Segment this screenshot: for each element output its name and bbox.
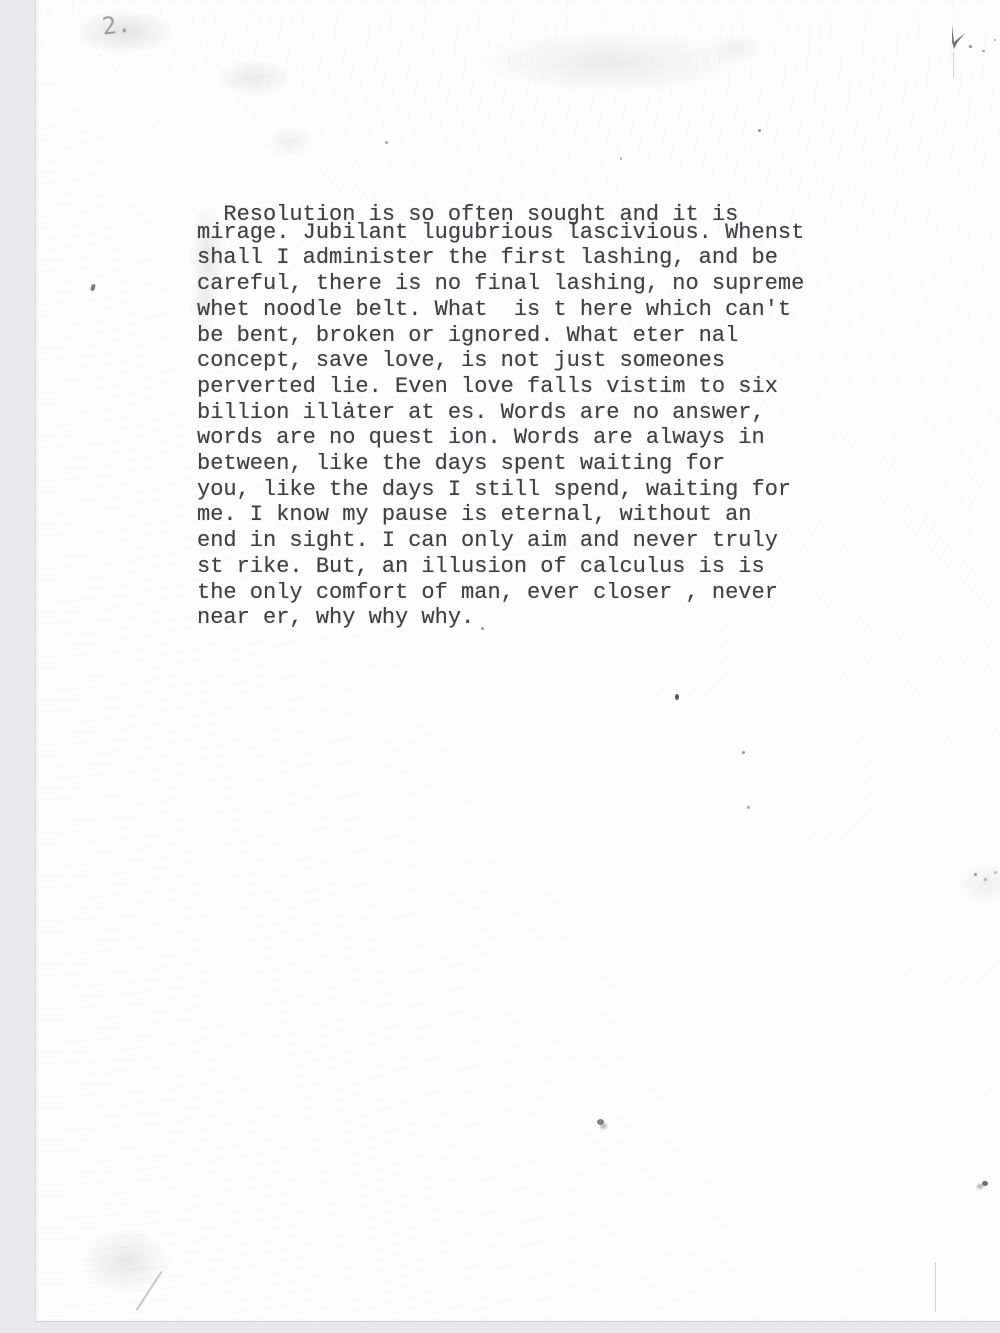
typed-line: careful, there is no final lashing, no s… <box>197 271 837 297</box>
typed-line: mirage. Jubilant lugubrious lascivious. … <box>197 220 837 246</box>
scan-speckle <box>742 751 745 754</box>
typed-line: the only comfort of man, ever closer , n… <box>197 580 837 606</box>
scan-speckle <box>969 45 972 48</box>
scan-speckle <box>90 284 96 292</box>
scan-speckle <box>385 141 388 144</box>
scan-speckle <box>675 694 679 700</box>
typed-line: me. I know my pause is eternal, without … <box>197 502 837 528</box>
scan-speckle <box>994 39 996 41</box>
scan-smudge-spot <box>597 1119 604 1125</box>
typed-line: shall I administer the first lashing, an… <box>197 245 837 271</box>
scan-speckle <box>758 129 761 132</box>
scan-speckle-cluster <box>974 873 977 876</box>
page-number: 2. <box>100 9 132 40</box>
scan-smudge-spot <box>982 1181 988 1186</box>
scan-hairline <box>953 52 954 78</box>
scan-hairline <box>935 1262 936 1312</box>
typed-line: words are no quest ion. Words are always… <box>197 425 837 451</box>
typed-line: concept, save love, is not just someones <box>197 348 837 374</box>
typed-line: between, like the days spent waiting for <box>197 451 837 477</box>
typed-paragraph: Resolution is so often sought and it ism… <box>197 202 837 631</box>
scanned-page-background: { "page": { "page_number": "2.", "backgr… <box>0 0 1000 1333</box>
scanned-paper-sheet: 2. Resolution is so often sought and it … <box>35 0 1000 1322</box>
typed-line: billion illȧter at es. Words are no answ… <box>197 400 837 426</box>
scan-scratch-mark <box>136 1271 163 1311</box>
corner-scan-mark-icon <box>948 25 968 53</box>
typed-line: you, like the days I still spend, waitin… <box>197 477 837 503</box>
typed-line: st rike. But, an illusion of calculus is… <box>197 554 837 580</box>
typed-line: be bent, broken or ignored. What eter na… <box>197 323 837 349</box>
scan-speckle <box>620 157 622 160</box>
photocopy-smudge-layer <box>36 0 1000 1321</box>
typed-line: near er, why why why. <box>197 605 837 631</box>
scan-speckle <box>747 806 750 809</box>
typed-line: perverted lie. Even love falls vistim to… <box>197 374 837 400</box>
typed-line: end in sight. I can only aim and never t… <box>197 528 837 554</box>
scan-speckle <box>982 50 985 52</box>
typed-line: whet noodle belt. What is t here which c… <box>197 297 837 323</box>
